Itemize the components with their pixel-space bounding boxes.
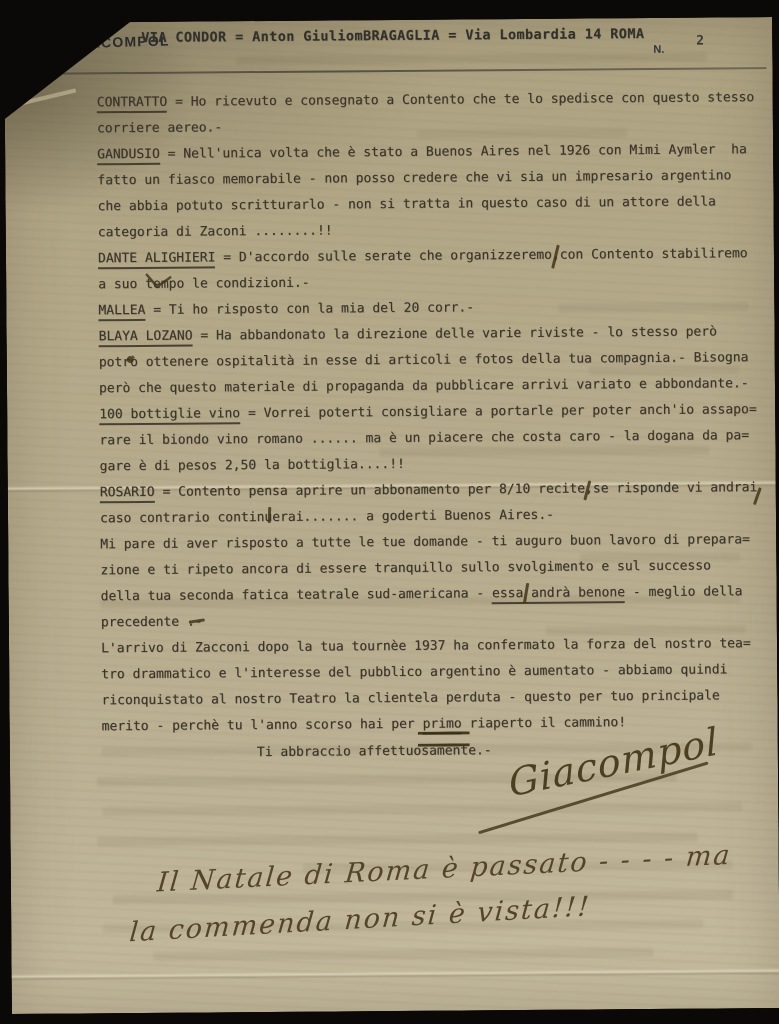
bleed-through-mark: [153, 948, 653, 961]
bleed-through-mark: [98, 833, 698, 847]
ink-mark: [127, 356, 134, 363]
letter-sheet: G. GIACOMPOL VIA CONDOR = Anton GiuliomB…: [4, 17, 779, 1014]
typed-line: DANTE ALIGHIERI = D'accordo sulle serate…: [98, 241, 762, 272]
pen-annotations: [4, 17, 772, 23]
ink-mark: [418, 731, 470, 746]
typed-line: CONTRATTO = Ho ricevuto e consegnato a C…: [97, 85, 761, 116]
letter-body: CONTRATTO = Ho ricevuto e consegnato a C…: [97, 85, 766, 740]
bleed-through-layer: [4, 17, 772, 23]
letterhead-address-line: VIA CONDOR = Anton GiuliomBRAGAGLIA = Vi…: [141, 26, 644, 46]
folded-corner-flap: [5, 88, 76, 109]
letterhead-rule: [45, 67, 767, 75]
bleed-through-mark: [102, 802, 742, 816]
ink-mark: [268, 507, 271, 523]
caret-ink-mark: [144, 272, 174, 290]
typed-line: ROSARIO = Contento pensa aprire un abbon…: [100, 475, 764, 506]
typed-line: riconquistato al nostro Teatro la client…: [101, 683, 765, 714]
fold-crease: [12, 968, 779, 981]
typed-line: rare il biondo vino romano ...... ma è u…: [99, 423, 763, 454]
handwritten-note-line-1: Il Natale di Roma è passato - - - - ma: [156, 840, 733, 899]
bleed-through-mark: [236, 53, 706, 66]
page-number-value: 2: [696, 34, 704, 49]
page-number-label: N.: [653, 44, 664, 56]
typed-line: della tua seconda fatica teatrale sud-am…: [101, 579, 765, 610]
typed-line: che abbia potuto scritturarlo - non si t…: [97, 189, 761, 220]
